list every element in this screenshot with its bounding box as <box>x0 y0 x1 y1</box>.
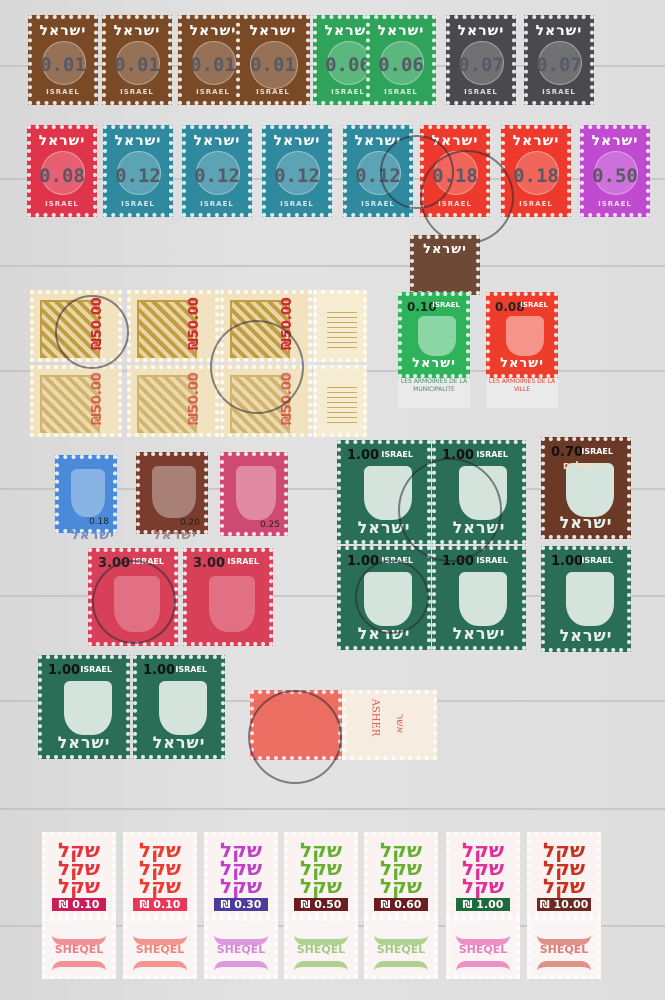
hebrew-country-name: ישראל <box>140 528 210 543</box>
hebrew-country-name: ישראל <box>414 242 476 257</box>
country-name: ISRAEL <box>186 200 248 208</box>
face-value: 0.50 <box>584 165 646 187</box>
pocket-edge <box>0 265 665 267</box>
face-value: 0.07 <box>450 54 512 76</box>
sheqel-hebrew-word: שקל <box>531 876 597 896</box>
stamp-tab-text: LES ARMOIRIES DE LA MUNICIPALITE <box>398 378 470 408</box>
town-shield <box>566 572 614 626</box>
sheqel-hebrew-word: שקל <box>208 876 274 896</box>
face-value: 1.00 <box>48 663 80 678</box>
agriculture-stamp[interactable]: ₪50.00 <box>127 365 219 437</box>
tab-word: SHEQEL <box>46 943 112 956</box>
sheqel-tab: SHEQEL <box>42 917 116 979</box>
sheqel-stamp[interactable]: שקלשקלשקל₪ 0.10 <box>42 832 116 917</box>
tab-pattern <box>133 961 187 979</box>
tribe-stamp[interactable]: ישראל <box>410 235 480 295</box>
hebrew-country-name: ישראל <box>545 513 627 532</box>
country-name: ISRAEL <box>175 665 207 674</box>
face-value: 0.25 <box>260 520 280 530</box>
town-emblem-stamp[interactable]: 0.20ישראל <box>136 452 208 534</box>
hebrew-country-name: ישראל <box>402 356 466 371</box>
town-shield <box>506 316 544 356</box>
sheqel-tab: SHEQEL <box>364 917 438 979</box>
hebrew-country-name: ישראל <box>240 23 306 39</box>
tab-word: SHEQEL <box>208 943 274 956</box>
hebrew-country-name: ישראל <box>224 534 284 536</box>
country-name: ISRAEL <box>106 88 168 96</box>
country-name: ISRAEL <box>107 200 169 208</box>
town-emblem-stamp[interactable]: 0.25ישראל <box>220 452 288 536</box>
hebrew-country-name: ישראל <box>450 23 512 39</box>
postmark-cancel <box>248 690 342 784</box>
hebrew-country-name: ישראל <box>186 133 248 149</box>
stamp-tab <box>313 365 367 437</box>
country-name: ISRAEL <box>584 200 646 208</box>
face-value: 0.12 <box>107 165 169 187</box>
town-emblem-stamp[interactable]: 0.18ישראל <box>55 455 117 533</box>
tab-pattern <box>294 961 348 979</box>
postmark-cancel <box>210 320 304 414</box>
tab-word: SHEQEL <box>368 943 434 956</box>
coin-stamp[interactable]: ישראל0.12ISRAEL <box>103 125 173 217</box>
country-name: ISRAEL <box>80 665 112 674</box>
town-emblem-stamp[interactable]: 3.00ISRAEL <box>183 548 273 646</box>
postmark-cancel <box>355 560 429 634</box>
hebrew-country-name: ישראל <box>31 133 93 149</box>
coin-stamp[interactable]: ישראל0.12ISRAEL <box>262 125 332 217</box>
face-value: ₪ 0.60 <box>374 898 428 911</box>
country-name: ISRAEL <box>370 88 432 96</box>
hebrew-country-name: ישראל <box>106 23 168 39</box>
country-name: ISRAEL <box>266 200 328 208</box>
coin-stamp[interactable]: ישראל0.01ISRAEL <box>28 15 98 105</box>
face-value: 0.12 <box>186 165 248 187</box>
hebrew-country-name: ישראל <box>32 23 94 39</box>
postmark-cancel <box>92 560 176 644</box>
face-value: ₪ 1.00 <box>456 898 510 911</box>
stamp-tab: ASHERאשר <box>342 690 437 760</box>
tab-word: SHEQEL <box>127 943 193 956</box>
tab-inscription: ASHER <box>369 699 380 737</box>
face-value: ₪ 10.00 <box>537 898 591 911</box>
face-value: 0.01 <box>182 54 244 76</box>
stamp-tab <box>313 290 367 362</box>
hebrew-country-name: ישראל <box>528 23 590 39</box>
face-value: ₪ 0.30 <box>214 898 268 911</box>
hebrew-country-name: ישראל <box>107 133 169 149</box>
coin-stamp[interactable]: ישראל0.12ISRAEL <box>182 125 252 217</box>
tab-word: SHEQEL <box>288 943 354 956</box>
sheqel-hebrew-word: שקל <box>46 876 112 896</box>
country-name: ISRAEL <box>381 450 413 459</box>
town-emblem-stamp[interactable]: 0.08ISRAELישראל <box>486 292 558 378</box>
pocket-edge <box>0 808 665 810</box>
hebrew-country-name: ישראל <box>182 23 244 39</box>
town-shield <box>71 469 105 517</box>
sheqel-tab: SHEQEL <box>446 917 520 979</box>
town-name-hebrew: ירושלים <box>545 459 627 472</box>
sheqel-stamp[interactable]: שקלשקלשקל₪ 1.00 <box>446 832 520 917</box>
tab-pattern <box>374 961 428 979</box>
sheqel-hebrew-word: שקל <box>288 876 354 896</box>
country-name: ISRAEL <box>476 556 508 565</box>
hebrew-country-name: ישראל <box>505 133 567 149</box>
tab-word: SHEQEL <box>450 943 516 956</box>
sheqel-hebrew-word: שקל <box>368 876 434 896</box>
sheqel-tab: SHEQEL <box>527 917 601 979</box>
town-shield <box>236 466 276 520</box>
coin-stamp[interactable]: ישראל0.06ISRAEL <box>366 15 436 105</box>
town-emblem-stamp[interactable]: 0.10ISRAELישראל <box>398 292 470 378</box>
country-name: ISRAEL <box>520 301 548 309</box>
face-value: 0.07 <box>528 54 590 76</box>
tab-pattern <box>214 961 268 979</box>
hebrew-country-name: ישראל <box>545 626 627 645</box>
jerusalem-emblem-stamp[interactable]: 0.70ISRAELישראלירושלים <box>541 437 631 539</box>
tab-pattern <box>537 961 591 979</box>
hebrew-country-name: ישראל <box>137 733 221 752</box>
town-shield <box>159 681 207 735</box>
tab-inscription <box>327 308 357 348</box>
face-value: 0.70 <box>551 445 583 460</box>
country-name: ISRAEL <box>476 450 508 459</box>
hebrew-country-name: ישראל <box>42 733 126 752</box>
country-name: ISRAEL <box>240 88 306 96</box>
town-emblem-stamp[interactable]: 1.00ISRAELישראל <box>38 655 130 759</box>
town-shield <box>459 572 507 626</box>
agriculture-stamp[interactable]: ₪50.00 <box>127 290 219 362</box>
sheqel-stamp[interactable]: שקלשקלשקל₪ 0.60 <box>364 832 438 917</box>
face-value: 0.01 <box>32 54 94 76</box>
sheqel-tab: SHEQEL <box>204 917 278 979</box>
hebrew-country-name: ישראל <box>58 528 128 543</box>
country-name: ISRAEL <box>31 200 93 208</box>
tab-inscription-hebrew: אשר <box>394 714 405 733</box>
face-value: 1.00 <box>551 554 583 569</box>
face-value: 0.01 <box>106 54 168 76</box>
country-name: ISRAEL <box>227 557 259 566</box>
coin-stamp[interactable]: ישראל0.08ISRAEL <box>27 125 97 217</box>
town-shield <box>152 466 196 518</box>
coin-stamp[interactable]: ישראל0.01ISRAEL <box>236 15 310 105</box>
agriculture-stamp[interactable]: ₪50.00 <box>30 365 122 437</box>
face-value: ₪ 0.10 <box>133 898 187 911</box>
face-value: 3.00 <box>193 556 225 571</box>
postmark-cancel <box>420 150 514 244</box>
face-value: 0.12 <box>266 165 328 187</box>
face-value: 1.00 <box>347 448 379 463</box>
face-value: ₪50.00 <box>90 372 105 425</box>
tab-pattern <box>456 961 510 979</box>
stamp-tab-text: LES ARMOIRIES DE LA VILLE <box>486 378 558 408</box>
coin-stamp[interactable]: ישראל0.07ISRAEL <box>446 15 516 105</box>
tab-inscription <box>327 383 357 423</box>
coin-stamp[interactable]: ישראל0.01ISRAEL <box>102 15 172 105</box>
face-value: ₪50.00 <box>187 297 202 350</box>
hebrew-country-name: ישראל <box>490 356 554 371</box>
town-shield <box>209 576 255 632</box>
country-name: ISRAEL <box>581 556 613 565</box>
country-name: ISRAEL <box>432 301 460 309</box>
sheqel-tab: SHEQEL <box>123 917 197 979</box>
face-value: 0.08 <box>31 165 93 187</box>
town-emblem-stamp[interactable]: 1.00ISRAELישראל <box>133 655 225 759</box>
sheqel-stamp[interactable]: שקלשקלשקל₪ 10.00 <box>527 832 601 917</box>
face-value: 0.18 <box>505 165 567 187</box>
sheqel-hebrew-word: שקל <box>127 876 193 896</box>
country-name: ISRAEL <box>32 88 94 96</box>
country-name: ISRAEL <box>581 447 613 456</box>
postmark-cancel <box>398 458 502 562</box>
sheqel-hebrew-word: שקל <box>450 876 516 896</box>
tab-word: SHEQEL <box>531 943 597 956</box>
country-name: ISRAEL <box>450 88 512 96</box>
town-emblem-stamp[interactable]: 1.00ISRAELישראל <box>541 546 631 652</box>
postmark-cancel <box>55 295 129 369</box>
face-value: ₪ 0.50 <box>294 898 348 911</box>
face-value: 0.01 <box>240 54 306 76</box>
face-value: 0.06 <box>370 54 432 76</box>
town-shield <box>418 316 456 356</box>
sheqel-tab: SHEQEL <box>284 917 358 979</box>
hebrew-country-name: ישראל <box>584 133 646 149</box>
hebrew-country-name: ישראל <box>370 23 432 39</box>
sheqel-stamp[interactable]: שקלשקלשקל₪ 0.10 <box>123 832 197 917</box>
face-value: 1.00 <box>143 663 175 678</box>
face-value: 0.20 <box>180 518 200 528</box>
hebrew-country-name: ישראל <box>436 624 522 643</box>
town-shield <box>64 681 112 735</box>
country-name: ISRAEL <box>505 200 567 208</box>
tab-pattern <box>52 961 106 979</box>
face-value: ₪ 0.10 <box>52 898 106 911</box>
coin-stamp[interactable]: ישראל0.50ISRAEL <box>580 125 650 217</box>
sheqel-stamp[interactable]: שקלשקלשקל₪ 0.30 <box>204 832 278 917</box>
sheqel-stamp[interactable]: שקלשקלשקל₪ 0.50 <box>284 832 358 917</box>
country-name: ISRAEL <box>528 88 590 96</box>
hebrew-country-name: ישראל <box>266 133 328 149</box>
face-value: 0.18 <box>89 517 109 527</box>
face-value: ₪50.00 <box>187 372 202 425</box>
coin-stamp[interactable]: ישראל0.07ISRAEL <box>524 15 594 105</box>
country-name: ISRAEL <box>182 88 244 96</box>
